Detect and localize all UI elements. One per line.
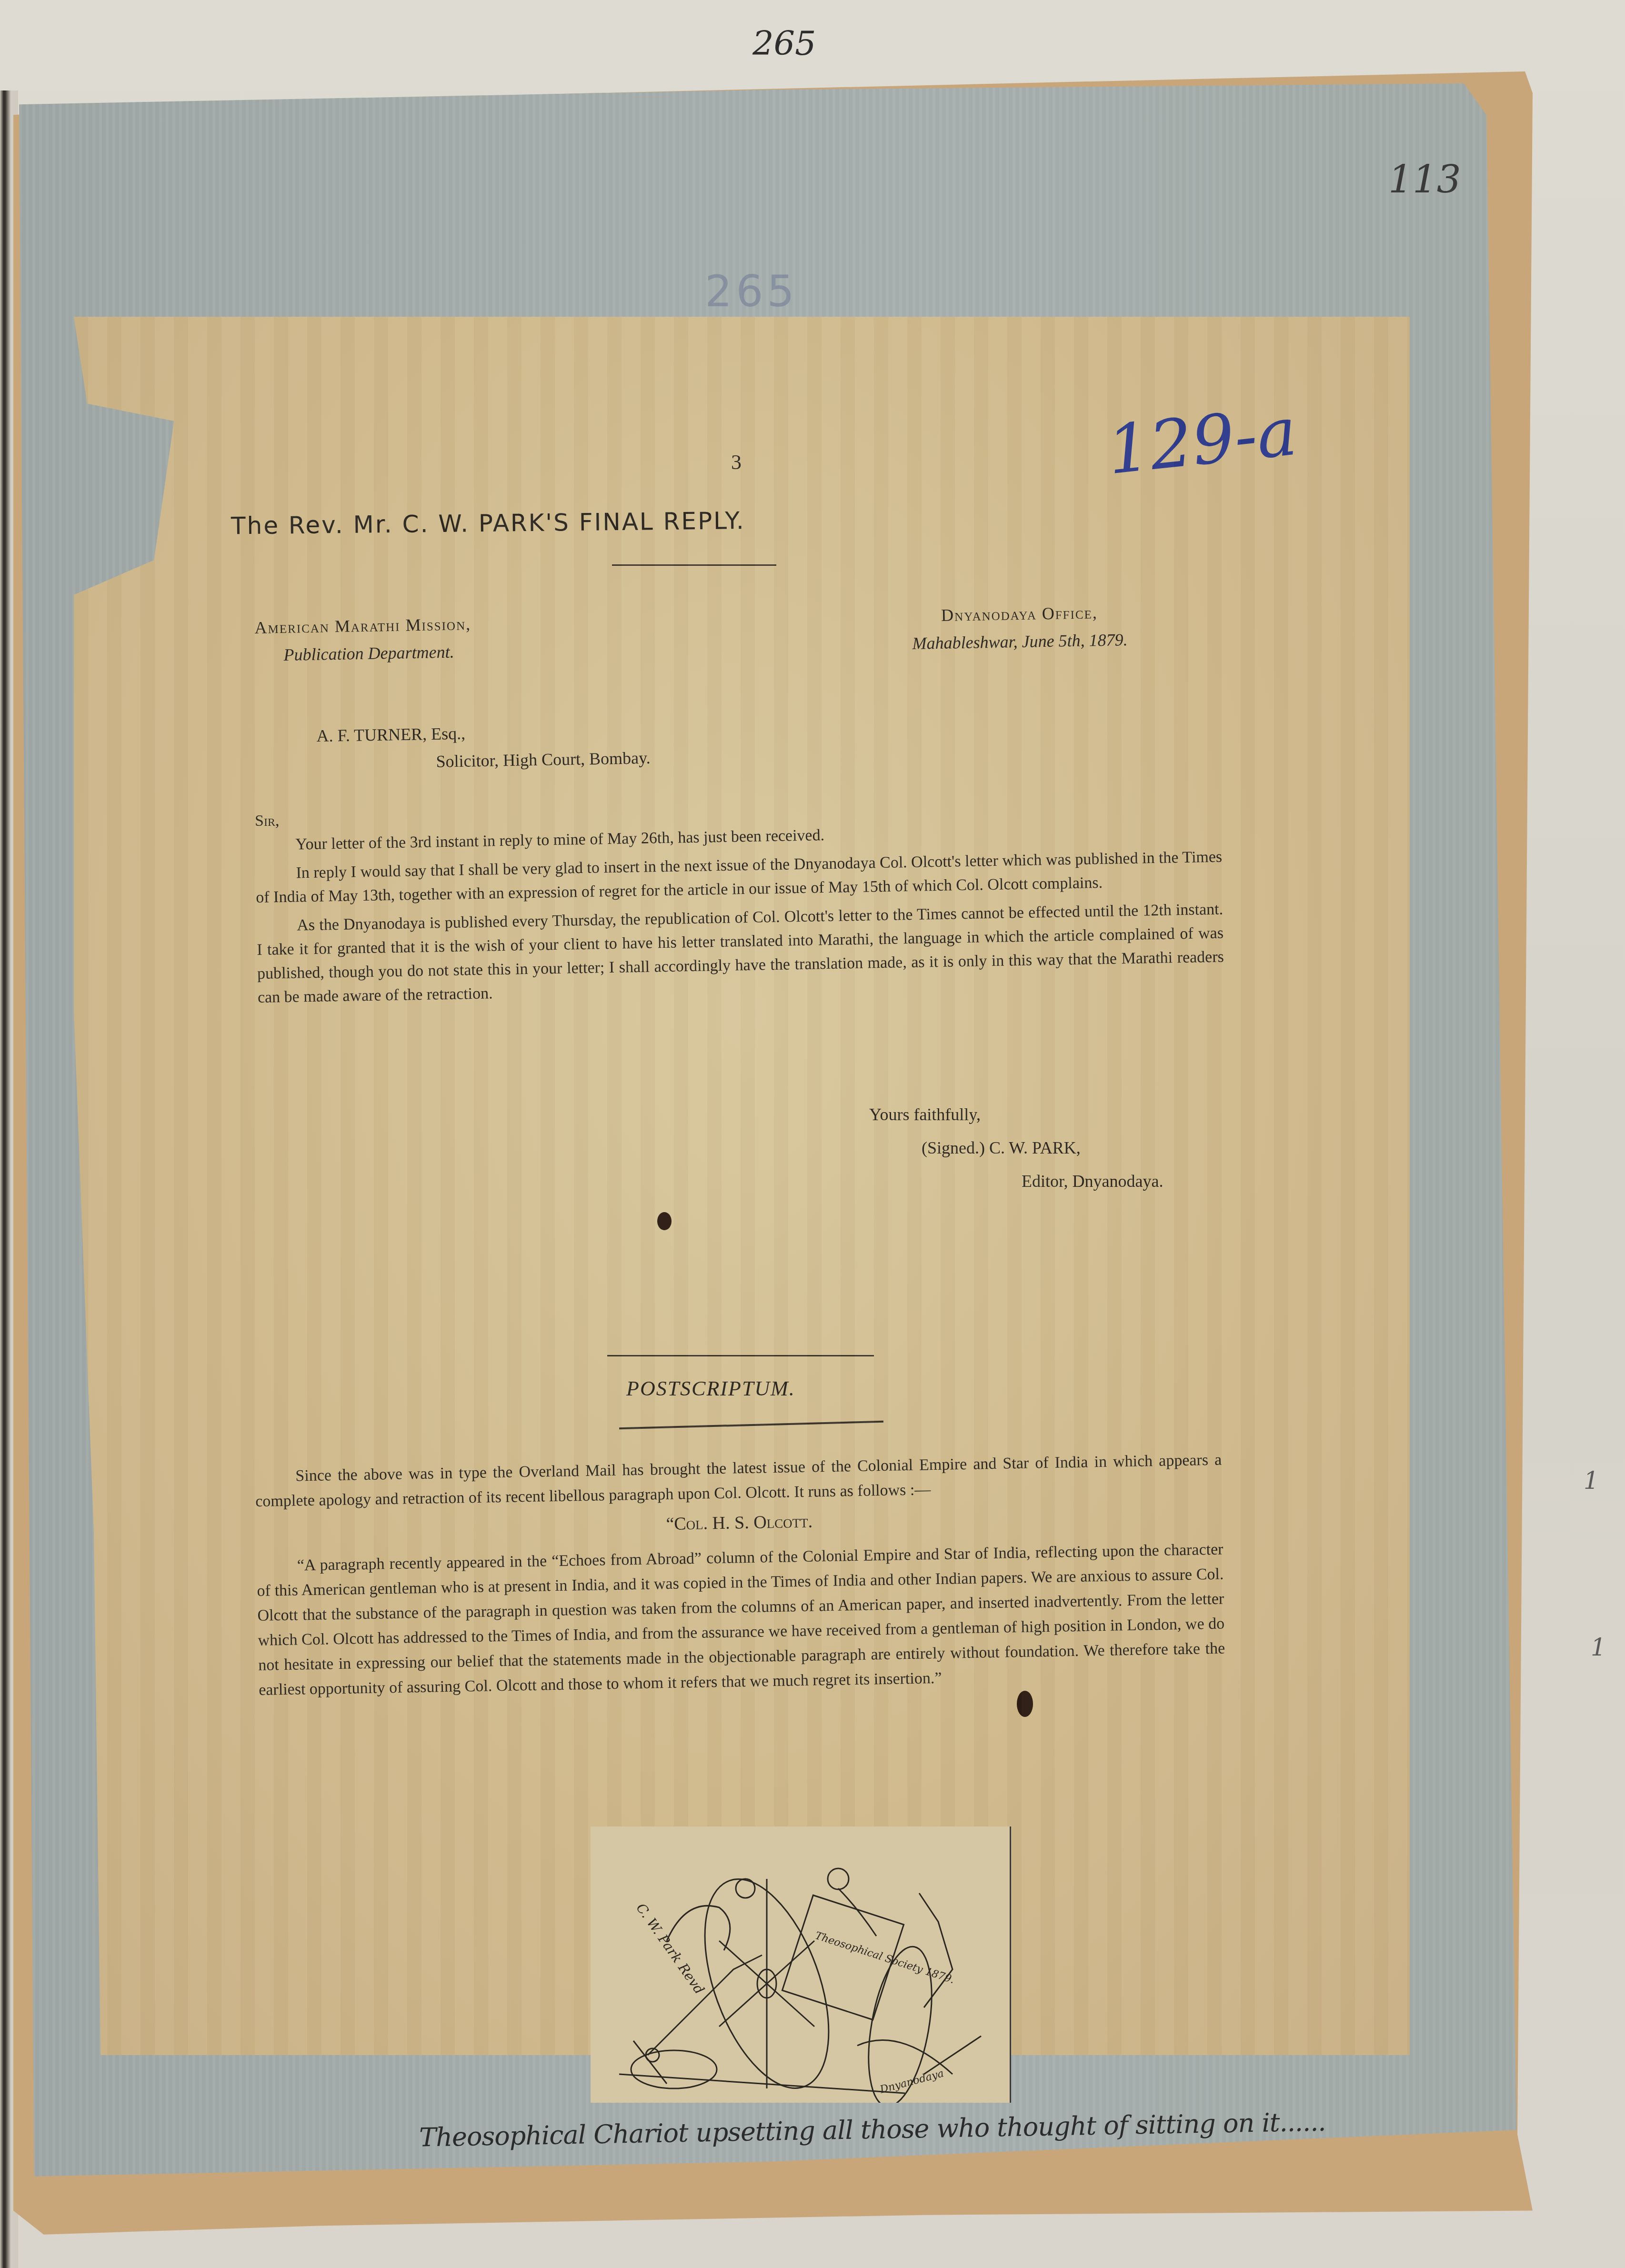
paragraph: As the Dnyanodaya is published every Thu… — [256, 898, 1224, 1010]
signer-role: Editor, Dnyanodaya. — [869, 1164, 1163, 1198]
faint-page-number: 265 — [705, 267, 798, 317]
album-page-number: 265 — [752, 24, 816, 63]
letter-body: Your letter of the 3rd instant in reply … — [255, 817, 1224, 1014]
postscript-title: POSTSCRIPTUM. — [626, 1376, 795, 1401]
archive-number: 113 — [1388, 157, 1461, 201]
margin-mark: 1 — [1584, 1467, 1599, 1495]
postscript-divider-bottom — [619, 1421, 883, 1430]
office-block: Dnyanodaya Office, Mahableshwar, June 5t… — [912, 598, 1128, 657]
sender-dept: Publication Department. — [255, 638, 471, 669]
office-place-date: Mahableshwar, June 5th, 1879. — [912, 630, 1128, 653]
printed-letter-sheet: 3 129-a The Rev. Mr. C. W. PARK'S FINAL … — [74, 317, 1410, 2055]
postscript-body: Since the above was in type the Overland… — [255, 1448, 1226, 1707]
ink-blot — [657, 1212, 672, 1230]
chariot-cartoon-illustration: C. W. Park Revd Theosophical Society 187… — [591, 1826, 1010, 2103]
cartoon-signature: Dnyanodaya — [878, 2067, 945, 2096]
margin-mark: 1 — [1591, 1634, 1606, 1661]
letter-title: The Rev. Mr. C. W. PARK'S FINAL REPLY. — [231, 502, 1184, 540]
signature: (Signed.) C. W. PARK, — [869, 1131, 1163, 1164]
office-name: Dnyanodaya Office, — [912, 598, 1127, 630]
sender-org: American Marathi Mission, — [254, 614, 471, 637]
closing-block: Yours faithfully, (Signed.) C. W. PARK, … — [869, 1098, 1163, 1198]
handwritten-reference: 129-a — [1104, 393, 1301, 490]
addressee-title: Solicitor, High Court, Bombay. — [317, 744, 651, 777]
sender-block: American Marathi Mission, Publication De… — [254, 610, 471, 669]
postscript-divider-top — [607, 1355, 874, 1356]
sheet-page-number: 3 — [731, 450, 742, 474]
ink-blot — [1017, 1691, 1033, 1717]
cartoon-clipping: C. W. Park Revd Theosophical Society 187… — [591, 1826, 1011, 2103]
valediction: Yours faithfully, — [869, 1105, 981, 1124]
addressee-name: A. F. TURNER, Esq., — [316, 724, 465, 745]
addressee-block: A. F. TURNER, Esq., Solicitor, High Cour… — [316, 716, 651, 777]
quoted-retraction: “A paragraph recently appeared in the “E… — [256, 1537, 1225, 1703]
title-divider — [612, 564, 776, 566]
salutation: Sir, — [255, 812, 279, 830]
cartoon-figure-label: C. W. Park Revd — [633, 1900, 707, 1997]
